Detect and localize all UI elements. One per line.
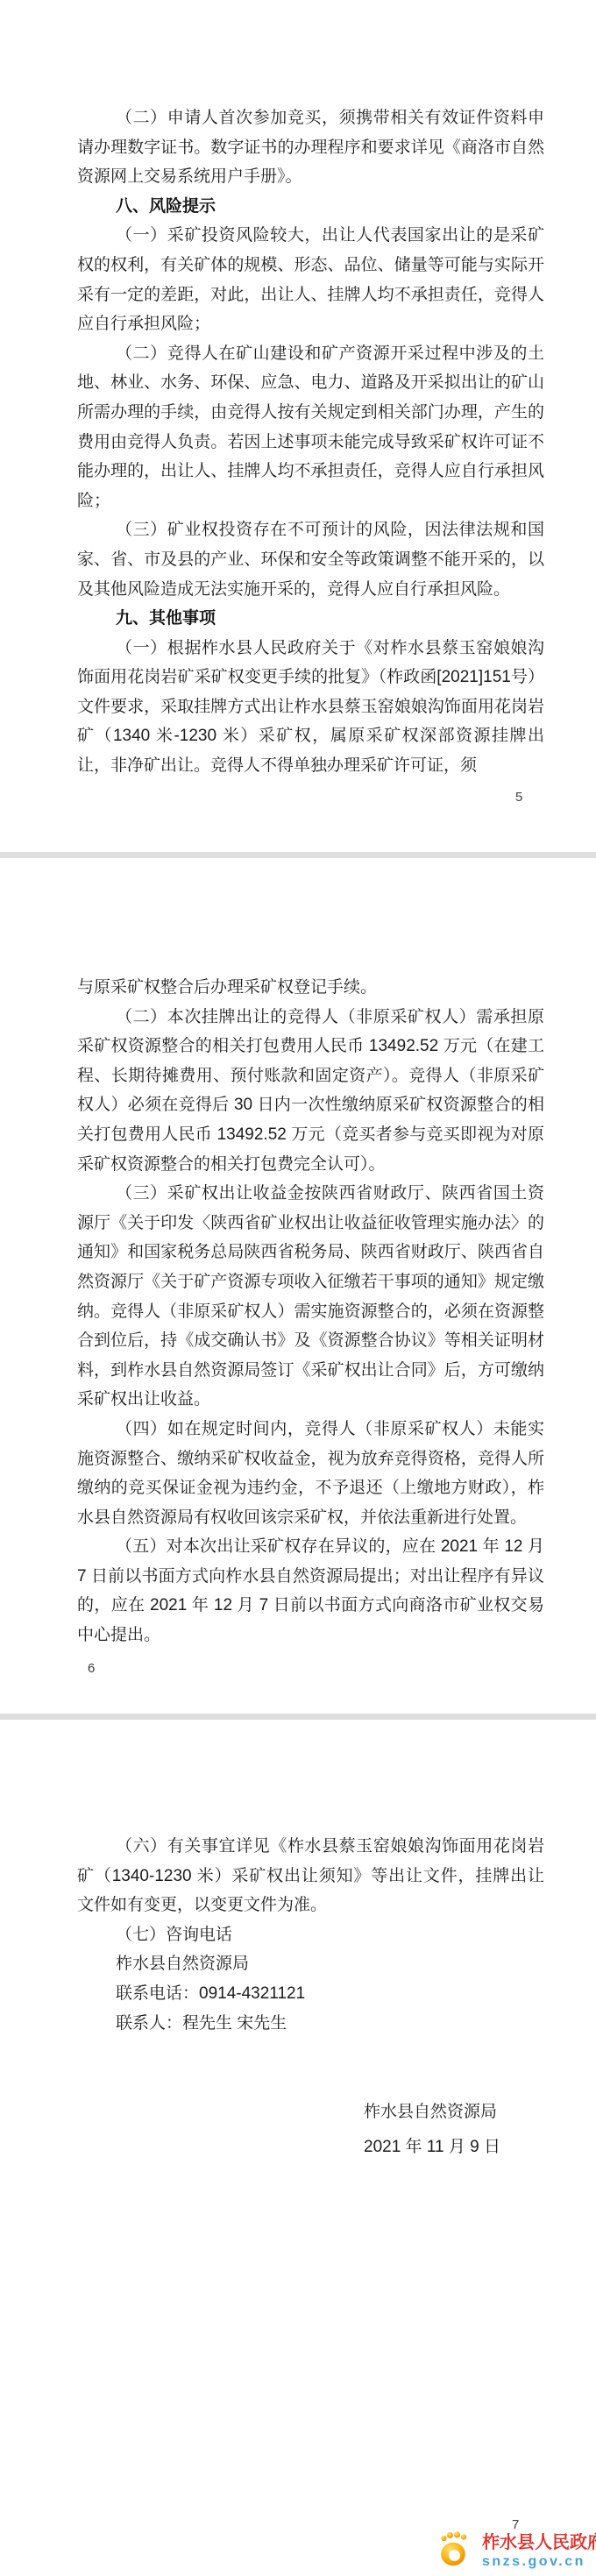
- signature-block: 柞水县自然资源局 2021 年 11 月 9 日: [364, 2095, 544, 2165]
- page-5: （二）申请人首次参加竞买，须携带相关有效证件资料申请办理数字证书。数字证书的办理…: [0, 0, 596, 852]
- paragraph-other-5: （五）对本次出让采矿权存在异议的，应在 2021 年 12 月 7 日前以书面方…: [77, 1532, 544, 1650]
- paragraph-other-1-continued: 与原采矿权整合后办理采矿权登记手续。: [77, 973, 544, 1003]
- page-6: 与原采矿权整合后办理采矿权登记手续。 （二）本次挂牌出让的竞得人（非原采矿权人）…: [0, 858, 596, 1714]
- government-site-badge[interactable]: 柞水县人民政府 snzs.gov.cn: [436, 2530, 596, 2572]
- page-number-6: 6: [88, 1661, 95, 1677]
- page-separator: [0, 1714, 596, 1720]
- page-5-content: （二）申请人首次参加竞买，须携带相关有效证件资料申请办理数字证书。数字证书的办理…: [0, 103, 596, 781]
- contact-phone: 联系电话：0914-4321121: [77, 1979, 544, 2009]
- heading-other-matters: 九、其他事项: [77, 604, 544, 634]
- paragraph-risk-3: （三）矿业权投资存在不可预计的风险，因法律法规和国家、省、市及县的产业、环保和安…: [77, 515, 544, 604]
- heading-risk-notice: 八、风险提示: [77, 192, 544, 222]
- document: （二）申请人首次参加竞买，须携带相关有效证件资料申请办理数字证书。数字证书的办理…: [0, 0, 596, 2576]
- page-separator: [0, 852, 596, 858]
- paragraph-risk-1: （一）采矿投资风险较大，出让人代表国家出让的是采矿权的权利，有关矿体的规模、形态…: [77, 221, 544, 338]
- contact-organization: 柞水县自然资源局: [77, 1949, 544, 1979]
- paragraph-other-6: （六）有关事宜详见《柞水县蔡玉窑娘娘沟饰面用花岗岩矿（1340-1230 米）采…: [77, 1832, 544, 1920]
- paragraph-digital-certificate: （二）申请人首次参加竞买，须携带相关有效证件资料申请办理数字证书。数字证书的办理…: [77, 103, 544, 192]
- paragraph-other-2: （二）本次挂牌出让的竞得人（非原采矿权人）需承担原采矿权资源整合的相关打包费用人…: [77, 1003, 544, 1180]
- page-6-content: 与原采矿权整合后办理采矿权登记手续。 （二）本次挂牌出让的竞得人（非原采矿权人）…: [0, 973, 596, 1650]
- paragraph-other-4: （四）如在规定时间内，竞得人（非原采矿权人）未能实施资源整合、缴纳采矿权收益金，…: [77, 1415, 544, 1532]
- page-7-content: （六）有关事宜详见《柞水县蔡玉窑娘娘沟饰面用花岗岩矿（1340-1230 米）采…: [0, 1832, 596, 2165]
- page-7: （六）有关事宜详见《柞水县蔡玉窑娘娘沟饰面用花岗岩矿（1340-1230 米）采…: [0, 1720, 596, 2576]
- signature-date: 2021 年 11 月 9 日: [364, 2130, 544, 2165]
- paragraph-risk-2: （二）竞得人在矿山建设和矿产资源开采过程中涉及的土地、林业、水务、环保、应急、电…: [77, 339, 544, 516]
- paragraph-other-3: （三）采矿权出让收益金按陕西省财政厅、陕西省国土资源厅《关于印发〈陕西省矿业权出…: [77, 1179, 544, 1415]
- page-number-5: 5: [515, 790, 522, 805]
- contact-person: 联系人：程先生 宋先生: [77, 2009, 544, 2039]
- badge-text: 柞水县人民政府 snzs.gov.cn: [482, 2533, 596, 2570]
- badge-site-url[interactable]: snzs.gov.cn: [482, 2553, 596, 2570]
- paragraph-other-7-phone-heading: （七）咨询电话: [77, 1920, 544, 1950]
- badge-government-name: 柞水县人民政府: [482, 2533, 596, 2553]
- paragraph-other-1: （一）根据柞水县人民政府关于《对柞水县蔡玉窑娘娘沟饰面用花岗岩矿采矿权变更手续的…: [77, 634, 544, 781]
- footprint-logo-icon: [436, 2530, 476, 2572]
- signature-organization: 柞水县自然资源局: [364, 2095, 544, 2130]
